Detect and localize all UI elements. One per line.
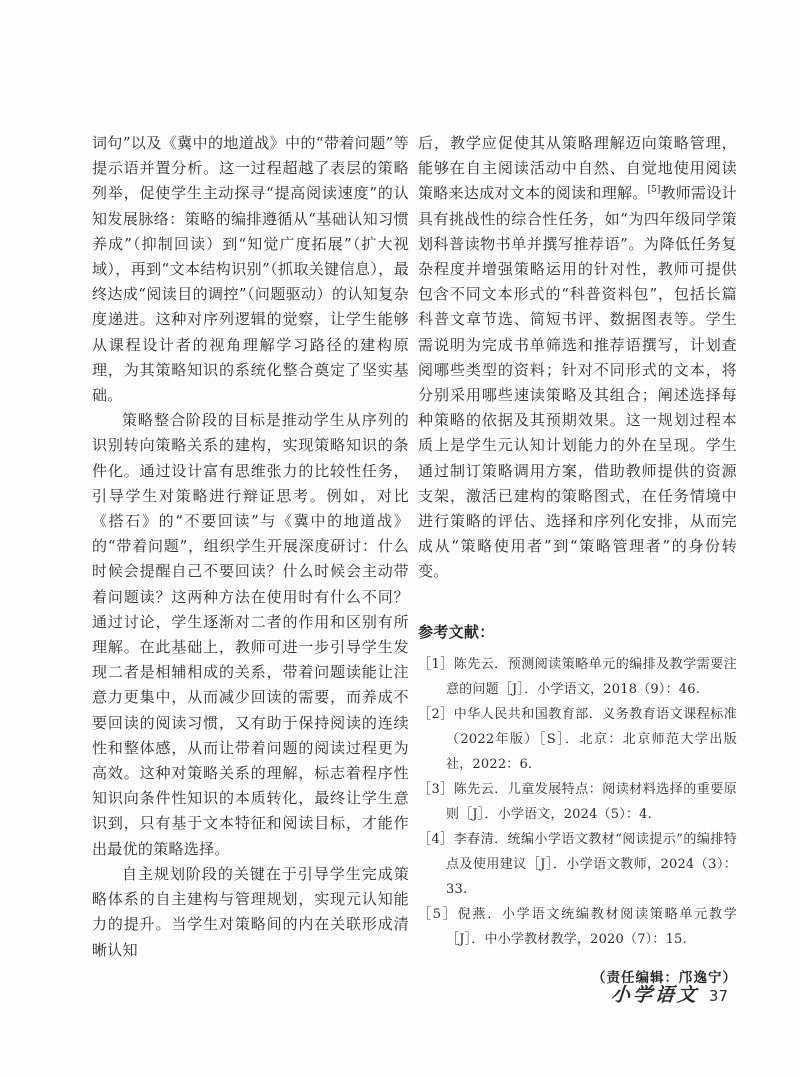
- paragraph-strategy-integration: 策略整合阶段的目标是推动学生从序列的识别转向策略关系的建构，实现策略知识的条件化…: [92, 408, 409, 862]
- paragraph-strategy-sequence: 词句”以及《冀中的地道战》中的“带着问题”等提示语并置分析。这一过程超越了表层的…: [92, 131, 409, 408]
- reference-item-3: ［3］陈先云．儿童发展特点：阅读材料选择的重要原则［J］．小学语文，2024（5…: [418, 777, 737, 827]
- paragraph-text-after-footnote: 教师需设计具有挑战性的综合性任务，如“为四年级同学策划科普读物书单并撰写推荐语”…: [418, 184, 737, 580]
- reference-item-5: ［5］倪燕．小学语文统编教材阅读策略单元教学［J］．中小学教材教学，2020（7…: [418, 902, 737, 952]
- reference-item-2: ［2］中华人民共和国教育部．义务教育语文课程标准（2022年版）［S］．北京：北…: [418, 702, 737, 777]
- reference-item-4: ［4］李春清．统编小学语文教材“阅读提示”的编排特点及使用建议［J］．小学语文教…: [418, 827, 737, 902]
- reference-item-1: ［1］陈先云．预测阅读策略单元的编排及教学需要注意的问题［J］．小学语文，201…: [418, 652, 737, 702]
- paragraph-self-planning: 自主规划阶段的关键在于引导学生完成策略体系的自主建构与管理规划，实现元认知能力的…: [92, 862, 409, 963]
- references-list: ［1］陈先云．预测阅读策略单元的编排及教学需要注意的问题［J］．小学语文，201…: [418, 652, 737, 952]
- footnote-marker: [5]: [648, 185, 661, 195]
- journal-page: 词句”以及《冀中的地道战》中的“带着问题”等提示语并置分析。这一过程超越了表层的…: [0, 0, 800, 1077]
- paragraph-strategy-management: 后，教学应促使其从策略理解迈向策略管理，能够在自主阅读活动中自然、自觉地使用阅读…: [418, 131, 737, 585]
- journal-name: 小学语文: [610, 980, 700, 1007]
- right-column: 后，教学应促使其从策略理解迈向策略管理，能够在自主阅读活动中自然、自觉地使用阅读…: [418, 131, 737, 1004]
- page-number: 37: [709, 987, 728, 1005]
- references-heading: 参考文献：: [418, 622, 737, 642]
- left-column: 词句”以及《冀中的地道战》中的“带着问题”等提示语并置分析。这一过程超越了表层的…: [92, 131, 409, 963]
- page-footer: 小学语文 37: [611, 980, 728, 1007]
